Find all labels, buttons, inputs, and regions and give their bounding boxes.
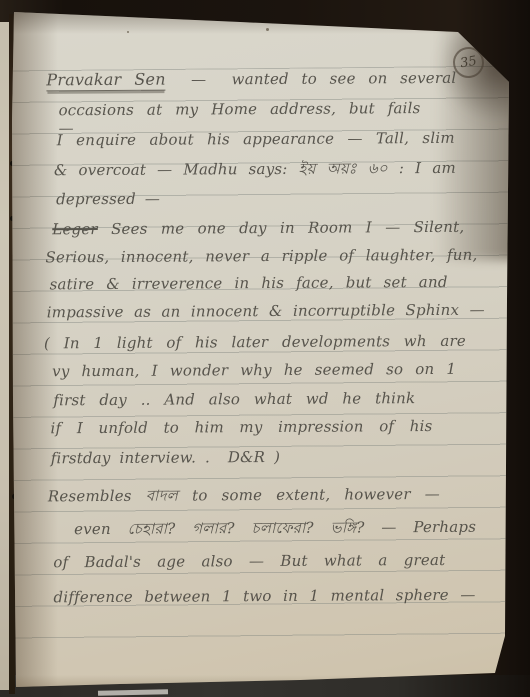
handwritten-line: impassive as an innocent & incorruptible… <box>47 301 485 322</box>
handwritten-line: first day .. And also what wd he think <box>53 389 415 409</box>
notebook-page: 35 Pravakar Sen — wanted to see on sever… <box>0 0 530 697</box>
handwritten-line: I enquire about his appearance — Tall, s… <box>57 129 455 149</box>
handwritten-line: of Badal's age also — But what a great <box>53 551 445 571</box>
handwritten-line: vy human, I wonder why he seemed so on 1 <box>52 360 456 380</box>
handwritten-line: difference between 1 two in 1 mental sph… <box>53 586 475 607</box>
handwritten-line: firstday interview. . D&R ) <box>51 448 281 467</box>
handwritten-line: Leger Sees me one day in Room I — Silent… <box>52 218 464 239</box>
line-text: Sees me one day in Room I — Silent, <box>98 218 465 238</box>
handwritten-line: even চেহারা? গলার? চলাফেরা? ভঙ্গি? — Per… <box>74 518 476 538</box>
line-text: — wanted to see on several <box>166 69 457 89</box>
photo-stage: 35 Pravakar Sen — wanted to see on sever… <box>0 0 530 697</box>
handwritten-line: depressed — <box>56 190 160 209</box>
handwritten-line: & overcoat — Madhu says: ইয় অয়ঃ ৬০ : I… <box>54 159 456 179</box>
handwritten-line: Serious, innocent, never a ripple of lau… <box>45 246 477 267</box>
handwritten-line: Resembles বাদল to some extent, however — <box>48 485 440 505</box>
struck-out-word: Leger <box>52 220 98 238</box>
handwritten-line: satire & irreverence in his face, but se… <box>50 273 448 293</box>
handwritten-line: Pravakar Sen — wanted to see on several <box>46 69 456 90</box>
underlined-name: Pravakar Sen <box>46 70 165 92</box>
handwritten-line: if I unfold to him my impression of his <box>50 417 432 437</box>
handwritten-line: ( In 1 light of his later developments w… <box>44 332 466 353</box>
handwriting-layer: Pravakar Sen — wanted to see on several … <box>0 0 530 697</box>
